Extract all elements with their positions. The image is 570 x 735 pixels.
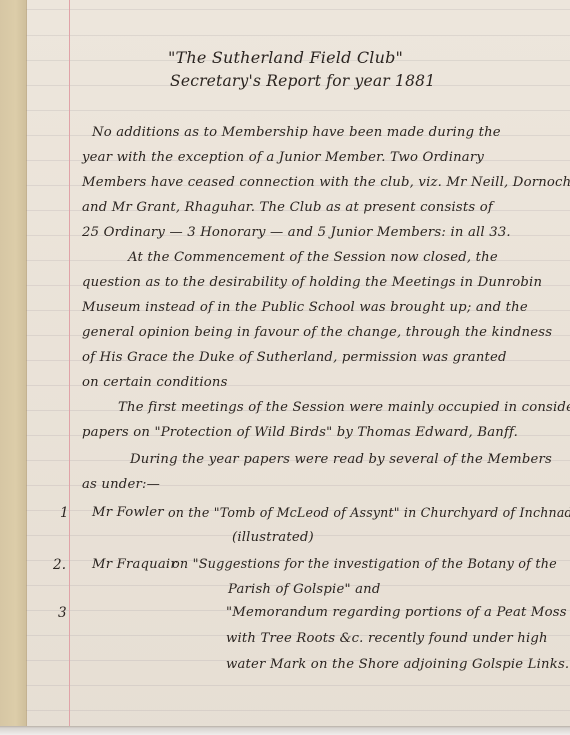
body-line: At the Commencement of the Session now c… (128, 250, 498, 265)
body-line: Members have ceased connection with the … (82, 175, 570, 190)
document-subtitle: Secretary's Report for year 1881 (170, 72, 435, 90)
body-line: of His Grace the Duke of Sutherland, per… (82, 350, 507, 365)
manuscript-page: "The Sutherland Field Club" Secretary's … (0, 0, 570, 726)
body-line: 25 Ordinary — 3 Honorary — and 5 Junior … (82, 225, 511, 240)
paper-title-line: on the "Tomb of McLeod of Assynt" in Chu… (168, 505, 570, 520)
page-bottom-edge (0, 726, 570, 735)
paper-title-line: water Mark on the Shore adjoining Golspi… (226, 657, 570, 672)
paper-title-line: (illustrated) (232, 530, 314, 545)
margin-rule (69, 0, 70, 726)
paper-number: 2. (53, 557, 66, 573)
body-line: The first meetings of the Session were m… (118, 400, 570, 415)
paper-author: Mr Fraquair (92, 557, 177, 572)
body-line: and Mr Grant, Rhaguhar. The Club as at p… (82, 200, 493, 215)
body-line: Museum instead of in the Public School w… (82, 300, 528, 315)
body-line: as under:— (82, 477, 160, 492)
body-line: general opinion being in favour of the c… (82, 325, 552, 340)
body-line: question as to the desirability of holdi… (82, 275, 542, 290)
paper-title-line: Parish of Golspie" and (228, 582, 381, 597)
paper-title-line: on "Suggestions for the investigation of… (172, 557, 557, 572)
body-line: During the year papers were read by seve… (130, 452, 552, 467)
body-line: year with the exception of a Junior Memb… (82, 150, 484, 165)
paper-author: Mr Fowler (92, 505, 164, 520)
paper-number: 3 (58, 605, 67, 621)
body-line: papers on "Protection of Wild Birds" by … (82, 425, 518, 440)
paper-title-line: with Tree Roots &c. recently found under… (226, 631, 548, 646)
document-title: "The Sutherland Field Club" (168, 48, 403, 67)
body-line: on certain conditions (82, 375, 228, 390)
paper-number: 1 (60, 505, 69, 521)
body-line: No additions as to Membership have been … (92, 125, 501, 140)
binding-strip (0, 0, 27, 726)
paper-title-line: "Memorandum regarding portions of a Peat… (226, 605, 567, 620)
